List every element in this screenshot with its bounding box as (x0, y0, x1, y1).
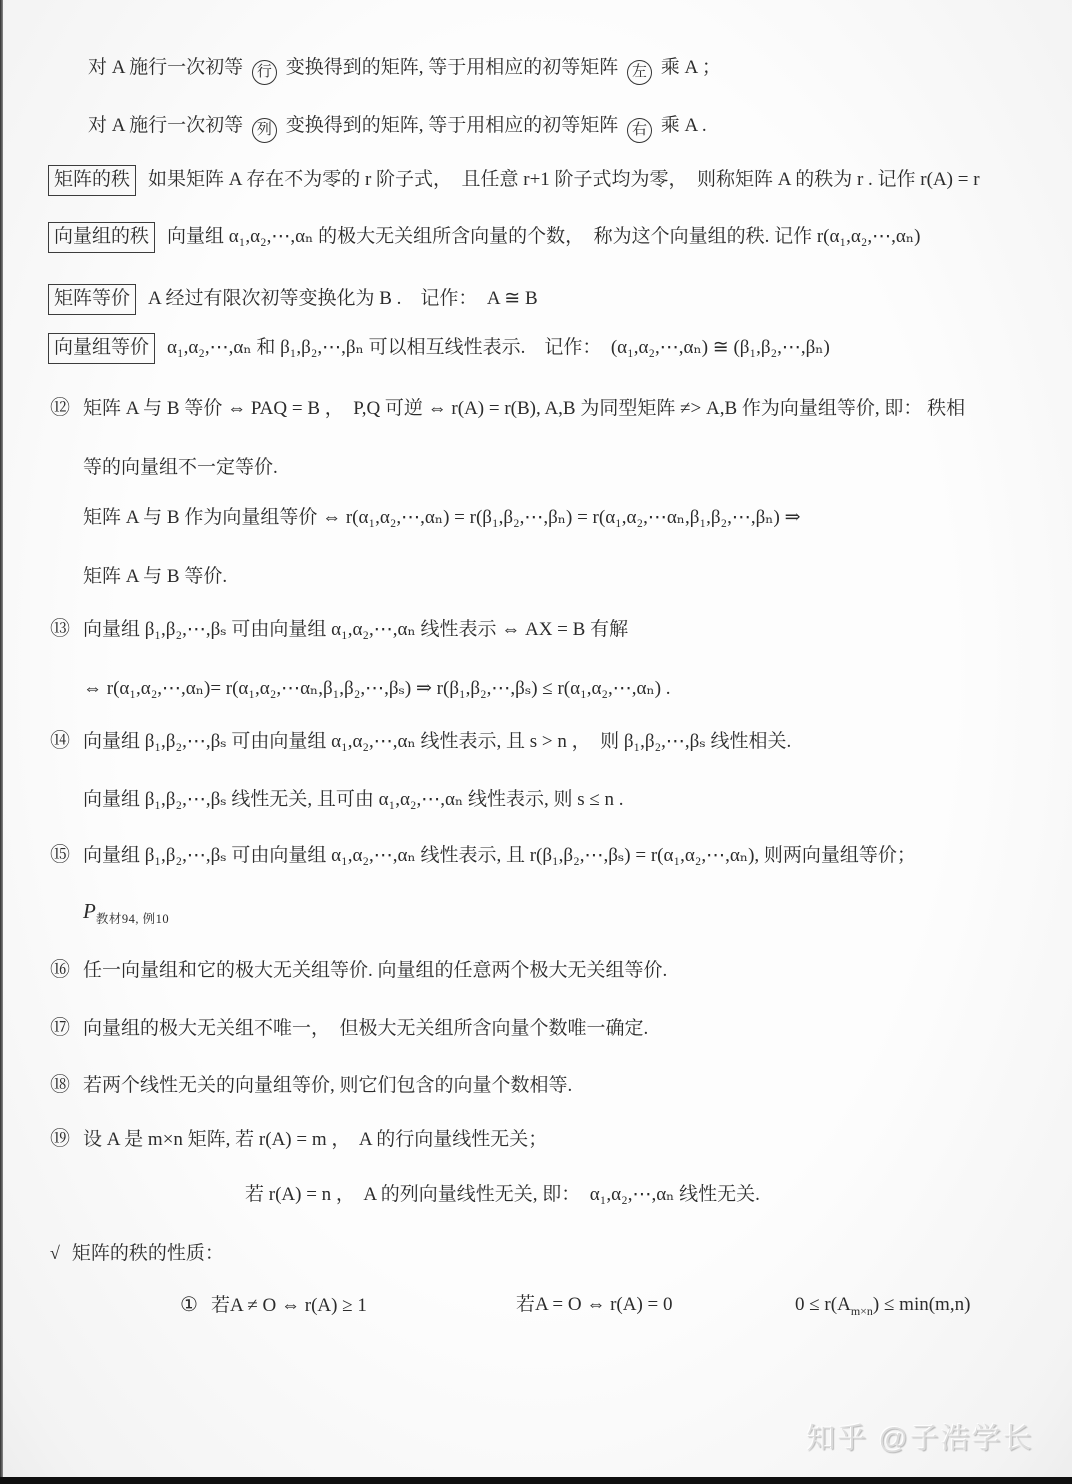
property-text: 若A = O ⇔ r(A) = 0 (516, 1294, 673, 1315)
item-number-17: ⑰ (50, 1015, 70, 1041)
item-number-16: ⑯ (50, 957, 70, 983)
reference-symbol: P (83, 899, 96, 923)
item-text: 等的向量组不一定等价. (83, 457, 278, 478)
property-subscript: m×n (851, 1304, 873, 1318)
property-text: 0 ≤ r(A (795, 1294, 851, 1315)
item-18-line-1: ⑱若两个线性无关的向量组等价, 则它们包含的向量个数相等. (50, 1072, 572, 1099)
page-bottom-edge (0, 1477, 1072, 1484)
item-12-line-3: 矩阵 A 与 B 作为向量组等价 ⇔ r(α₁,α₂,⋯,αₙ) = r(β₁,… (83, 505, 801, 531)
property-number-1: ① (180, 1292, 198, 1318)
circled-left-char: 左 (627, 60, 652, 85)
intro-text: 乘 A ； (656, 57, 721, 78)
property-text: 若A ≠ O ⇔ r(A) ≥ 1 (211, 1295, 367, 1316)
definition-term: 矩阵等价 (48, 284, 136, 315)
definition-term: 向量组的秩 (48, 222, 155, 253)
definition-matrix-rank: 矩阵的秩如果矩阵 A 存在不为零的 r 阶子式， 且任意 r+1 阶子式均为零，… (48, 165, 980, 196)
intro-text: 乘 A . (656, 115, 707, 136)
item-17-line-1: ⑰向量组的极大无关组不唯一， 但极大无关组所含向量个数唯一确定. (50, 1015, 648, 1042)
definition-body: 向量组 α₁,α₂,⋯,αₙ 的极大无关组所含向量的个数， 称为这个向量组的秩.… (167, 226, 920, 247)
item-text: 设 A 是 m×n 矩阵, 若 r(A) = m ， A 的行向量线性无关； (83, 1129, 547, 1150)
item-text: 矩阵 A 与 B 作为向量组等价 ⇔ r(α₁,α₂,⋯,αₙ) = r(β₁,… (83, 507, 801, 528)
definition-vector-group-equivalence: 向量组等价α₁,α₂,⋯,αₙ 和 β₁,β₂,⋯,βₙ 可以相互线性表示. 记… (48, 333, 830, 364)
intro-text: 对 A 施行一次初等 (88, 57, 248, 78)
definition-vector-group-rank: 向量组的秩向量组 α₁,α₂,⋯,αₙ 的极大无关组所含向量的个数， 称为这个向… (48, 222, 920, 253)
item-text: 矩阵 A 与 B 等价. (83, 566, 227, 587)
item-number-18: ⑱ (50, 1072, 70, 1098)
item-number-19: ⑲ (50, 1126, 70, 1152)
item-text: 若两个线性无关的向量组等价, 则它们包含的向量个数相等. (83, 1075, 572, 1096)
item-text: 任一向量组和它的极大无关组等价. 向量组的任意两个极大无关组等价. (83, 960, 667, 981)
item-text: 向量组的极大无关组不唯一， 但极大无关组所含向量个数唯一确定. (83, 1018, 648, 1039)
definition-body: 如果矩阵 A 存在不为零的 r 阶子式， 且任意 r+1 阶子式均为零， 则称矩… (148, 169, 980, 190)
definition-body: A 经过有限次初等变换化为 B . 记作： A ≅ B (148, 288, 538, 309)
item-text: 若 r(A) = n ， A 的列向量线性无关, 即： α₁,α₂,⋯,αₙ 线… (245, 1184, 760, 1205)
rank-property-2: 若A = O ⇔ r(A) = 0 (516, 1292, 673, 1318)
item-text: ⇔ r(α₁,α₂,⋯,αₙ)= r(α₁,α₂,⋯αₙ,β₁,β₂,⋯,βₛ)… (83, 678, 671, 699)
intro-text: 对 A 施行一次初等 (88, 115, 248, 136)
property-text: ) ≤ min(m,n) (873, 1294, 971, 1315)
rank-property-1: ①若A ≠ O ⇔ r(A) ≥ 1 (180, 1292, 367, 1319)
item-text: 向量组 β₁,β₂,⋯,βₛ 可由向量组 α₁,α₂,⋯,αₙ 线性表示, 且 … (83, 731, 791, 752)
item-text: 向量组 β₁,β₂,⋯,βₛ 可由向量组 α₁,α₂,⋯,αₙ 线性表示, 且 … (83, 845, 916, 866)
item-13-line-2: ⇔ r(α₁,α₂,⋯,αₙ)= r(α₁,α₂,⋯αₙ,β₁,β₂,⋯,βₛ)… (83, 676, 671, 702)
item-12-line-1: ⑫矩阵 A 与 B 等价 ⇔ PAQ = B ， P,Q 可逆 ⇔ r(A) =… (50, 395, 965, 422)
intro-line-row-transform: 对 A 施行一次初等 行 变换得到的矩阵, 等于用相应的初等矩阵 左 乘 A ； (88, 55, 721, 85)
item-14-line-2: 向量组 β₁,β₂,⋯,βₛ 线性无关, 且可由 α₁,α₂,⋯,αₙ 线性表示… (83, 787, 624, 813)
notes-page: 对 A 施行一次初等 行 变换得到的矩阵, 等于用相应的初等矩阵 左 乘 A ；… (0, 0, 1072, 1484)
zhihu-watermark: 知乎 @子浩学长 (807, 1416, 1035, 1457)
item-16-line-1: ⑯任一向量组和它的极大无关组等价. 向量组的任意两个极大无关组等价. (50, 957, 667, 984)
item-number-14: ⑭ (50, 728, 70, 754)
definition-term: 矩阵的秩 (48, 165, 136, 196)
circled-col-char: 列 (252, 118, 277, 143)
definition-matrix-equivalence: 矩阵等价A 经过有限次初等变换化为 B . 记作： A ≅ B (48, 284, 538, 315)
intro-line-col-transform: 对 A 施行一次初等 列 变换得到的矩阵, 等于用相应的初等矩阵 右 乘 A . (88, 113, 707, 143)
item-15-line-1: ⑮向量组 β₁,β₂,⋯,βₛ 可由向量组 α₁,α₂,⋯,αₙ 线性表示, 且… (50, 842, 916, 869)
rank-property-3: 0 ≤ r(Am×n) ≤ min(m,n) (795, 1292, 970, 1324)
rank-properties-heading: √矩阵的秩的性质： (50, 1240, 224, 1267)
item-14-line-1: ⑭向量组 β₁,β₂,⋯,βₛ 可由向量组 α₁,α₂,⋯,αₙ 线性表示, 且… (50, 728, 791, 755)
definition-term: 向量组等价 (48, 333, 155, 364)
textbook-reference: P教材94, 例10 (83, 898, 169, 932)
checkmark: √ (50, 1240, 60, 1266)
intro-text: 变换得到的矩阵, 等于用相应的初等矩阵 (281, 115, 623, 136)
item-19-line-2: 若 r(A) = n ， A 的列向量线性无关, 即： α₁,α₂,⋯,αₙ 线… (245, 1182, 760, 1208)
item-19-line-1: ⑲设 A 是 m×n 矩阵, 若 r(A) = m ， A 的行向量线性无关； (50, 1126, 547, 1153)
item-number-12: ⑫ (50, 395, 70, 421)
item-12-line-2: 等的向量组不一定等价. (83, 455, 278, 481)
item-text: 向量组 β₁,β₂,⋯,βₛ 可由向量组 α₁,α₂,⋯,αₙ 线性表示 ⇔ A… (83, 619, 628, 640)
item-number-15: ⑮ (50, 842, 70, 868)
circled-row-char: 行 (252, 60, 277, 85)
section-title: 矩阵的秩的性质： (72, 1243, 224, 1264)
definition-body: α₁,α₂,⋯,αₙ 和 β₁,β₂,⋯,βₙ 可以相互线性表示. 记作： (α… (167, 337, 830, 358)
intro-text: 变换得到的矩阵, 等于用相应的初等矩阵 (281, 57, 623, 78)
item-text: 矩阵 A 与 B 等价 ⇔ PAQ = B ， P,Q 可逆 ⇔ r(A) = … (83, 398, 965, 419)
circled-right-char: 右 (627, 118, 652, 143)
item-number-13: ⑬ (50, 616, 70, 642)
item-13-line-1: ⑬向量组 β₁,β₂,⋯,βₛ 可由向量组 α₁,α₂,⋯,αₙ 线性表示 ⇔ … (50, 616, 628, 643)
item-12-line-4: 矩阵 A 与 B 等价. (83, 564, 227, 590)
page-left-edge (0, 0, 3, 1484)
item-text: 向量组 β₁,β₂,⋯,βₛ 线性无关, 且可由 α₁,α₂,⋯,αₙ 线性表示… (83, 789, 624, 810)
reference-subscript: 教材94, 例10 (96, 912, 169, 926)
